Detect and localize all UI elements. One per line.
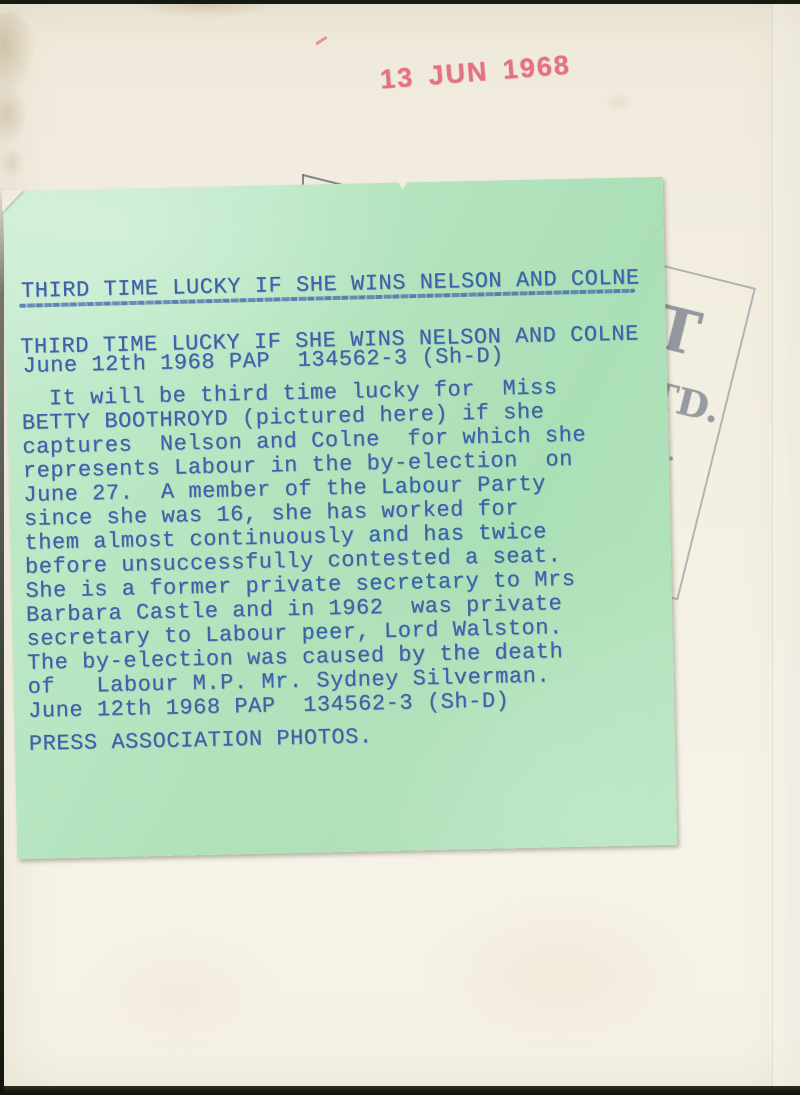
stain-speck [604, 92, 634, 112]
scan-light-band-right [772, 4, 800, 1086]
caption-slip: THIRD TIME LUCKY IF SHE WINS NELSON AND … [3, 177, 677, 859]
stamp-tick-mark [315, 36, 328, 46]
stain-left-edge [0, 84, 28, 144]
date-stamp: 13 JUN 1968 [319, 19, 575, 131]
stain-left-edge [0, 148, 24, 178]
slip-footer: PRESS ASSOCIATION PHOTOS. [29, 724, 373, 756]
scan-edge-left [0, 186, 4, 1095]
stain-lower-mottle [80, 930, 280, 1060]
photo-back-scan: 13 JUN 1968 T TD. 4. THIRD TIME LUCKY IF… [0, 0, 800, 1095]
folded-corner [2, 190, 24, 212]
stain-lower-mottle [420, 890, 700, 1060]
scan-edge-bottom [0, 1086, 800, 1095]
date-stamp-text: 13 JUN 1968 [379, 50, 572, 95]
slip-body: It will be third time lucky for MissBETT… [21, 376, 592, 724]
torn-notch [398, 181, 408, 189]
scan-edge-top [0, 0, 800, 4]
